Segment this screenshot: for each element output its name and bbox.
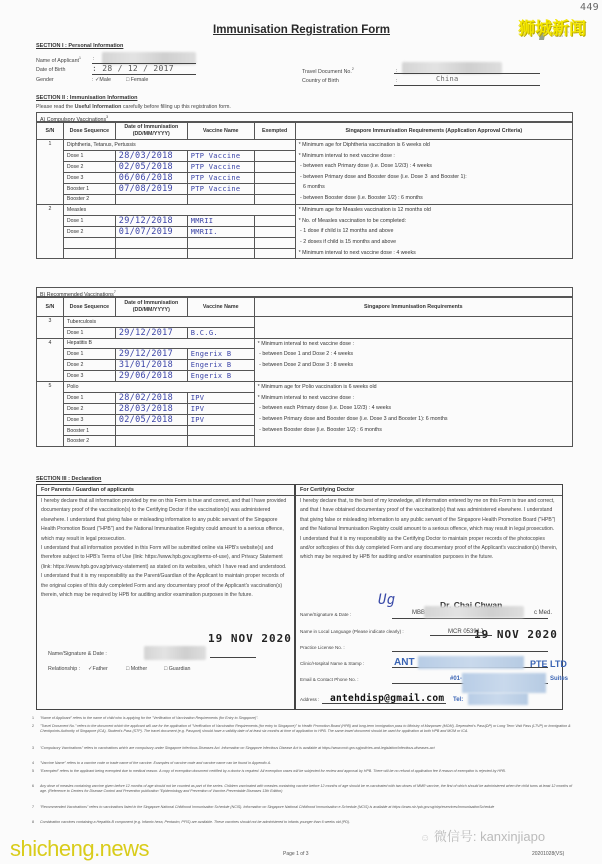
declaration-paragraph: I hereby declare that all information pr… — [41, 497, 290, 544]
requirement-line: - between Booster dose (i.e. Booster 1/2… — [255, 425, 572, 436]
compulsory-title: A) Compulsory Vaccinations3 — [36, 112, 573, 122]
date-field[interactable]: 07/08/2019 — [115, 183, 187, 194]
form-code: 20201028(VS) — [532, 851, 564, 857]
footnote-number: 4 — [32, 761, 34, 766]
vaccine-field[interactable]: Engerix B — [187, 360, 254, 371]
date-field[interactable] — [115, 194, 187, 205]
footnote-number: 7 — [32, 805, 34, 810]
date-field[interactable]: 28/03/2018 — [115, 403, 187, 414]
vaccine-field[interactable]: PTP Vaccine — [187, 150, 254, 161]
form-page: Immunisation Registration Form Health Pr… — [0, 0, 602, 864]
footnote-number: 8 — [32, 820, 34, 825]
header-dose: Dose Sequence — [63, 123, 115, 140]
dose-sequence: Dose 2 — [63, 403, 115, 414]
dose-sequence — [63, 237, 115, 248]
requirement-line: * Minimum interval to next vaccine dose … — [255, 393, 572, 404]
header-vaccine: Vaccine Name — [187, 123, 254, 140]
date-field[interactable]: 29/12/2017 — [115, 349, 187, 360]
doctor-declaration-title: For Certifying Doctor — [296, 485, 562, 496]
vaccine-field[interactable] — [187, 436, 254, 447]
dose-sequence: Booster 1 — [63, 425, 115, 436]
vaccine-field[interactable]: PTP Vaccine — [187, 172, 254, 183]
date-field[interactable]: 06/06/2018 — [115, 172, 187, 183]
date-field[interactable] — [115, 425, 187, 436]
requirement-line: - between Primary dose and Booster dose … — [255, 414, 572, 425]
checkbox-icon: □ — [126, 77, 129, 83]
doctor-mcr: MCR 05391J — [448, 629, 483, 635]
doctor-field-label: Name/Signature & Date : — [300, 612, 351, 617]
footnote: 1"Name of Applicant" refers to the name … — [40, 716, 580, 721]
doctor-field-line[interactable] — [392, 651, 548, 652]
requirement-line: * Minimum interval to next vaccine dose … — [255, 339, 572, 350]
doctor-field-label: Practice License No. : — [300, 645, 345, 650]
footnote-text: "Name of Applicant" refers to the name o… — [40, 716, 258, 720]
parent-sign-label: Name/Signature & Date : — [48, 651, 107, 657]
corner-note: 449 — [580, 2, 599, 13]
header-dose: Dose Sequence — [63, 298, 115, 317]
requirement-line: * No. of Measles vaccination to be compl… — [296, 216, 572, 227]
header-requirements: Singapore Immunisation Requirements — [254, 298, 572, 317]
vaccine-field[interactable]: IPV — [187, 403, 254, 414]
exempted-field[interactable] — [254, 194, 295, 205]
footnote: 7"Recommended Vaccinations" refers to va… — [40, 805, 580, 810]
address-redacted — [462, 673, 546, 693]
header-date: Date of Immunisation (DD/MM/YYYY) — [115, 298, 187, 317]
parent-declaration: For Parents / Guardian of applicants I h… — [36, 484, 295, 710]
footnote-number: 2 — [32, 724, 34, 729]
date-field[interactable]: 02/05/2018 — [115, 161, 187, 172]
header-sn: S/N — [37, 123, 64, 140]
vaccine-field[interactable]: IPV — [187, 392, 254, 403]
travel-doc-label: Travel Document No.2 — [302, 67, 354, 75]
requirement-line: - between Dose 2 and Dose 3 : 8 weeks — [255, 360, 572, 371]
vaccine-field[interactable]: MMRII — [187, 215, 254, 226]
footnote-text: "Vaccine Name" refers to a vaccine code … — [40, 761, 271, 765]
disease-name: Diphtheria, Tetanus, Pertussis — [63, 140, 295, 151]
dose-sequence: Dose 3 — [63, 371, 115, 382]
disease-name: Hepatitis B — [63, 338, 254, 349]
footnote-number: 6 — [32, 784, 34, 789]
requirements-cell: * Minimum interval to next vaccine dose … — [254, 338, 572, 382]
requirements-cell — [254, 317, 572, 339]
watermark-top-right: 狮城新闻 — [518, 14, 586, 39]
footnote: 8Combination vaccines containing a Hepat… — [40, 820, 580, 825]
dose-sequence: Dose 3 — [63, 414, 115, 425]
declaration-paragraph: I understand that all information provid… — [41, 544, 290, 572]
exempted-field[interactable] — [254, 237, 295, 248]
dose-sequence: Dose 2 — [63, 161, 115, 172]
clinic-stamp: ANT — [394, 657, 415, 668]
doctor-declaration-text: I hereby declare that, to the best of my… — [296, 496, 562, 564]
vaccine-field[interactable]: PTP Vaccine — [187, 161, 254, 172]
serial-number: 5 — [37, 382, 64, 447]
dose-sequence: Booster 1 — [63, 183, 115, 194]
footnote-text: "Travel Document No." refers to the docu… — [40, 724, 571, 733]
checkbox-icon: □ — [164, 666, 167, 672]
date-field[interactable]: 01/07/2019 — [115, 226, 187, 237]
doctor-field-label: Address : — [300, 697, 319, 702]
checkbox-icon: □ — [126, 666, 129, 672]
recommended-title: B) Recommended Vaccinations7 — [36, 287, 573, 297]
doctor-field-label: Clinic/Hospital Name & Stamp : — [300, 661, 364, 666]
disease-row: 1Diphtheria, Tetanus, Pertussis* Minimum… — [37, 140, 573, 151]
exempted-field[interactable] — [254, 226, 295, 237]
exempted-field[interactable] — [254, 215, 295, 226]
form-title: Immunisation Registration Form — [213, 24, 390, 36]
disease-row: 5Polio* Minimum age for Polio vaccinatio… — [37, 382, 573, 393]
requirement-line: - 2 doses if child is 15 months and abov… — [296, 237, 572, 248]
requirement-line: 6 months — [296, 182, 572, 193]
dose-sequence: Dose 3 — [63, 172, 115, 183]
declaration-paragraph: I understand that it is my responsibilit… — [300, 535, 558, 563]
date-field[interactable]: 31/01/2018 — [115, 360, 187, 371]
requirements-cell: * Minimum age for Diphtheria vaccination… — [295, 140, 572, 205]
dose-sequence: Dose 1 — [63, 392, 115, 403]
parent-signature-redacted — [144, 646, 206, 660]
header-sn: S/N — [37, 298, 64, 317]
doctor-signature: Ug — [378, 592, 395, 608]
vaccine-field[interactable]: MMRII. — [187, 226, 254, 237]
dose-sequence: Dose 1 — [63, 327, 115, 338]
vaccine-field[interactable]: PTP Vaccine — [187, 183, 254, 194]
requirement-line: - between Primary dose and Booster dose … — [296, 172, 572, 183]
footnote-text: "Recommended Vaccinations" refers to vac… — [40, 805, 494, 809]
footnote: 2"Travel Document No." refers to the doc… — [40, 724, 580, 735]
date-field[interactable]: 29/12/2017 — [115, 327, 187, 338]
footnote-number: 1 — [32, 716, 34, 721]
relationship-mother-option[interactable]: □ Mother — [126, 666, 147, 672]
header-date: Date of Immunisation (DD/MM/YYYY) — [115, 123, 187, 140]
disease-name: Tuberculosis — [63, 317, 254, 328]
footnote-text: "Compulsory Vaccinations" refers to vacc… — [40, 746, 435, 750]
dose-sequence: Dose 1 — [63, 349, 115, 360]
dose-sequence: Dose 1 — [63, 215, 115, 226]
disease-row: 2Measles* Minimum age for Measles vaccin… — [37, 205, 573, 216]
footnote: 5"Exempted" refers to the applicant bein… — [40, 769, 580, 774]
date-field[interactable]: 02/05/2018 — [115, 414, 187, 425]
watermark-bottom-left: shicheng.news — [10, 836, 149, 862]
date-field[interactable] — [115, 436, 187, 447]
dose-sequence: Dose 2 — [63, 226, 115, 237]
gender-male-option[interactable]: : ✓Male — [92, 77, 111, 83]
serial-number: 2 — [37, 205, 64, 259]
recommended-table: S/N Dose Sequence Date of Immunisation (… — [36, 297, 573, 447]
instruction-text: Please read the Useful Information caref… — [36, 104, 231, 110]
section3-heading: SECTION III : Declaration — [36, 476, 101, 482]
country-value: China — [436, 75, 459, 83]
relationship-father-option[interactable]: ✓Father — [88, 666, 108, 672]
parent-declaration-text: I hereby declare that all information pr… — [37, 496, 294, 601]
date-field[interactable]: 28/03/2018 — [115, 150, 187, 161]
doctor-field-line[interactable] — [392, 618, 548, 619]
date-field[interactable]: 28/02/2018 — [115, 392, 187, 403]
requirement-line: * Minimum age for Polio vaccination is 6… — [255, 382, 572, 393]
tel-redacted — [468, 693, 528, 705]
header-exempted: Exempted — [254, 123, 295, 140]
footnote-number: 5 — [32, 769, 34, 774]
footnote-number: 3 — [32, 746, 34, 751]
doctor-field-label: Name in Local Language (Please indicate … — [300, 629, 404, 634]
footnote-text: Combination vaccines containing a Hepati… — [40, 820, 350, 824]
requirement-line: - 1 dose if child is 12 months and above — [296, 226, 572, 237]
requirement-line: * Minimum age for Diphtheria vaccination… — [296, 140, 572, 151]
doctor-field-label: Email & Contact Phone No. : — [300, 677, 358, 682]
serial-number: 1 — [37, 140, 64, 205]
vaccine-field[interactable]: B.C.G. — [187, 327, 254, 338]
footnote: 3"Compulsory Vaccinations" refers to vac… — [40, 746, 580, 751]
date-field[interactable]: 29/12/2018 — [115, 215, 187, 226]
footnote-text: "Exempted" refers to the applicant being… — [40, 769, 506, 773]
disease-name: Measles — [63, 205, 295, 216]
footnote-text: Any dose of measles containing vaccine g… — [40, 784, 572, 793]
requirement-line: - between each Primary dose (i.e. Dose 1… — [255, 403, 572, 414]
requirements-cell: * Minimum age for Measles vaccination is… — [295, 205, 572, 259]
header-vaccine: Vaccine Name — [187, 298, 254, 317]
dob-label: Date of Birth — [36, 67, 65, 73]
vaccine-field[interactable] — [187, 248, 254, 259]
declaration-paragraph: I hereby declare that, to the best of my… — [300, 497, 558, 535]
vaccine-field[interactable] — [187, 194, 254, 205]
section2-heading: SECTION II : Immunisation Information — [36, 95, 137, 101]
date-field[interactable]: 29/06/2018 — [115, 371, 187, 382]
exempted-field[interactable] — [254, 172, 295, 183]
gender-label: Gender — [36, 77, 54, 83]
disease-row: 4Hepatitis B* Minimum interval to next v… — [37, 338, 573, 349]
watermark-bottom-right: ☺ 微信号: kanxinjiapo — [420, 826, 545, 845]
vaccine-field[interactable]: Engerix B — [187, 371, 254, 382]
doctor-field-line[interactable] — [430, 635, 492, 636]
vaccine-field[interactable] — [187, 237, 254, 248]
requirement-line: * Minimum age for Measles vaccination is… — [296, 205, 572, 216]
requirement-line: - between each Primary dose (i.e. Dose 1… — [296, 161, 572, 172]
vaccine-field[interactable] — [187, 425, 254, 436]
disease-row: 3Tuberculosis — [37, 317, 573, 328]
footnote: 4"Vaccine Name" refers to a vaccine code… — [40, 761, 580, 766]
dob-value: : 28 / 12 / 2017 — [92, 64, 174, 73]
parent-stamp-date: 19 NOV 2020 — [208, 632, 292, 645]
serial-number: 3 — [37, 317, 64, 339]
exempted-field[interactable] — [254, 161, 295, 172]
requirement-line: * Minimum interval to next vaccine dose … — [296, 248, 572, 259]
disease-name: Polio — [63, 382, 254, 393]
exempted-field[interactable] — [254, 150, 295, 161]
gender-female-option[interactable]: □ Female — [126, 77, 148, 83]
country-label: Country of Birth — [302, 78, 339, 84]
page-number: Page 1 of 3 — [283, 851, 309, 857]
qualification-redacted — [424, 606, 524, 618]
dose-sequence: Dose 2 — [63, 360, 115, 371]
relationship-label: Relationship : — [48, 666, 80, 672]
doctor-email: antehdisp@gmail.com — [330, 693, 444, 704]
section1-heading: SECTION I : Personal Information — [36, 43, 123, 49]
exempted-field[interactable] — [254, 248, 295, 259]
dose-sequence — [63, 248, 115, 259]
requirement-line: - between Dose 1 and Dose 2 : 4 weeks — [255, 349, 572, 360]
serial-number: 4 — [37, 338, 64, 382]
exempted-field[interactable] — [254, 183, 295, 194]
requirement-line: - between Booster dose (i.e. Booster 1/2… — [296, 193, 572, 204]
date-field[interactable] — [115, 248, 187, 259]
header-requirements: Singapore Immunisation Requirements (App… — [295, 123, 572, 140]
dose-sequence: Dose 1 — [63, 150, 115, 161]
requirement-line: * Minimum interval to next vaccine dose … — [296, 151, 572, 162]
wechat-icon: ☺ — [420, 833, 430, 844]
requirements-cell: * Minimum age for Polio vaccination is 6… — [254, 382, 572, 447]
clinic-redacted — [418, 656, 524, 669]
dose-sequence: Booster 2 — [63, 194, 115, 205]
date-field[interactable] — [115, 237, 187, 248]
footnote: 6Any dose of measles containing vaccine … — [40, 784, 580, 795]
declaration-paragraph: I understand that it is my responsibilit… — [41, 572, 290, 600]
name-label: Name of Applicant1 — [36, 56, 81, 64]
dose-sequence: Booster 2 — [63, 436, 115, 447]
vaccine-field[interactable]: Engerix B — [187, 349, 254, 360]
compulsory-table: S/N Dose Sequence Date of Immunisation (… — [36, 122, 573, 259]
parent-declaration-title: For Parents / Guardian of applicants — [37, 485, 294, 496]
relationship-guardian-option[interactable]: □ Guardian — [164, 666, 190, 672]
vaccine-field[interactable]: IPV — [187, 414, 254, 425]
